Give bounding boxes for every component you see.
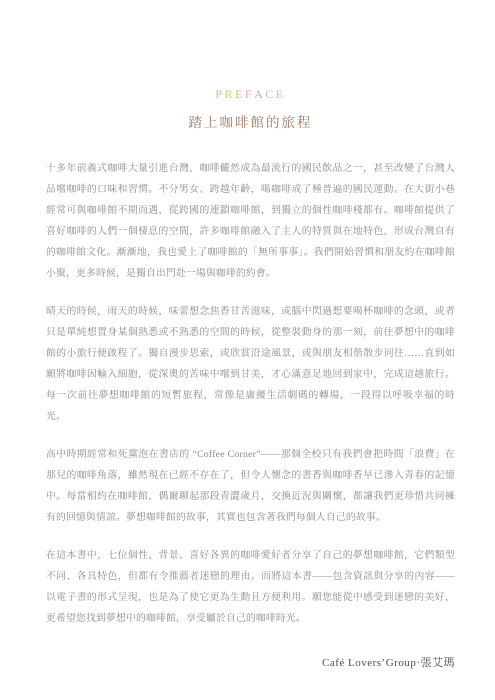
preface-letter: C bbox=[265, 88, 276, 100]
preface-letter: E bbox=[276, 88, 286, 100]
preface-body: 十多年前義式咖啡大量引進台灣，咖啡儼然成為最流行的國民飲品之一，甚至改變了台灣人… bbox=[46, 158, 455, 629]
preface-letter: A bbox=[254, 88, 265, 100]
preface-letter: R bbox=[225, 88, 236, 100]
paragraph-4: 在這本書中，七位個性、背景、喜好各異的咖啡愛好者分享了自己的夢想咖啡館，它們類型… bbox=[46, 545, 455, 629]
page-title: PREFACE bbox=[46, 88, 455, 100]
chapter-title: 踏上咖啡館的旅程 bbox=[46, 115, 455, 130]
paragraph-1: 十多年前義式咖啡大量引進台灣，咖啡儼然成為最流行的國民飲品之一，甚至改變了台灣人… bbox=[46, 158, 455, 284]
paragraph-3: 高中時期經常和死黨泡在書店的 “Coffee Corner”——那個全校只有我們… bbox=[46, 444, 455, 528]
paragraph-2: 晴天的時候，雨天的時候，味蕾想念焦香甘苦滋味，或腦中閃過想要喝杯咖啡的念頭，或者… bbox=[46, 301, 455, 427]
preface-letter: E bbox=[235, 88, 245, 100]
preface-page: PREFACE 踏上咖啡館的旅程 十多年前義式咖啡大量引進台灣，咖啡儼然成為最流… bbox=[0, 0, 495, 700]
author-signature: Café Lovers’Group·張艾瑪 bbox=[46, 654, 455, 670]
preface-letter: P bbox=[215, 88, 224, 100]
preface-letter: F bbox=[245, 88, 254, 100]
